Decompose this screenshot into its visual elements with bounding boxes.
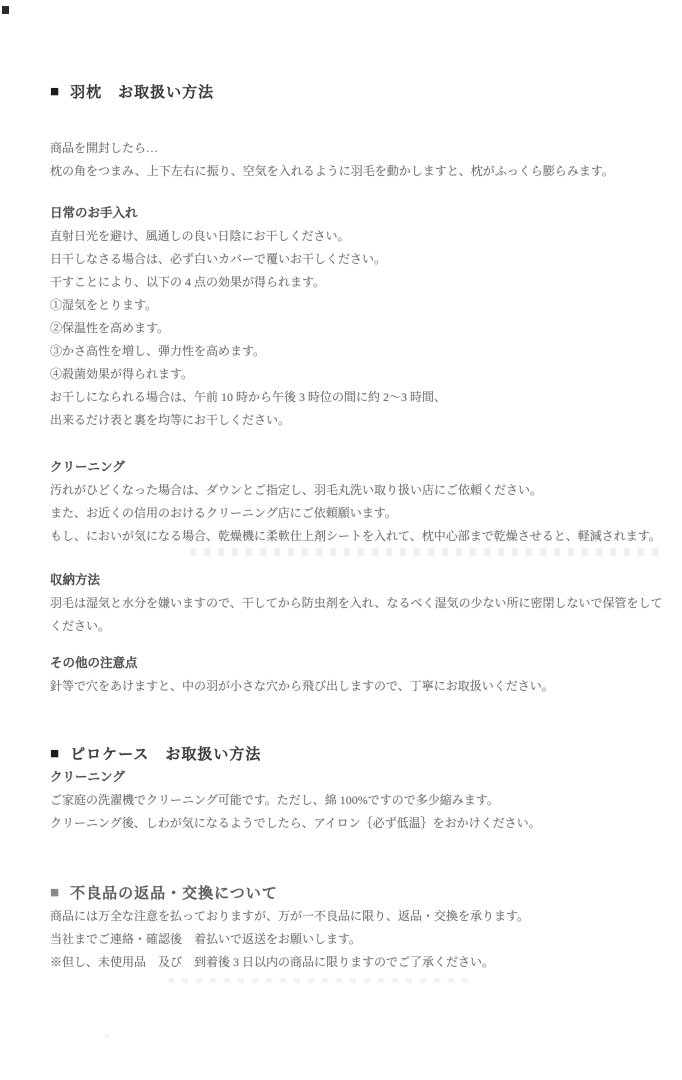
- section-title-returns: ■不良品の返品・交換について: [50, 883, 670, 905]
- scan-noise-dot: [104, 1034, 114, 1038]
- text-line: 商品には万全な注意を払っておりますが、万が一不良品に限り、返品・交換を承ります。: [50, 905, 670, 928]
- text-line: 直射日光を避け、風通しの良い日陰にお干しください。: [50, 225, 670, 248]
- scan-artifact-square: [2, 6, 9, 14]
- text-line: 羽毛は湿気と水分を嫌いますので、干してから防虫剤を入れ、なるべく湿気の少ない所に…: [50, 592, 670, 615]
- square-bullet-icon: ■: [50, 81, 60, 103]
- text-line: 干すことにより、以下の 4 点の効果が得られます。: [50, 271, 670, 294]
- text-line: もし、においが気になる場合、乾燥機に柔軟仕上剤シートを入れて、枕中心部まで乾燥さ…: [50, 525, 670, 548]
- subsection-heading: 日常のお手入れ: [50, 202, 670, 225]
- text-line: ③かさ高性を増し、弾力性を高めます。: [50, 340, 670, 363]
- document-body: ■羽枕 お取扱い方法 商品を開封したら… 枕の角をつまみ、上下左右に振り、空気を…: [50, 82, 670, 974]
- text-line: 枕の角をつまみ、上下左右に振り、空気を入れるように羽毛を動かしますと、枕がふっく…: [50, 160, 670, 183]
- intro-paragraph: 商品を開封したら… 枕の角をつまみ、上下左右に振り、空気を入れるように羽毛を動か…: [50, 137, 670, 183]
- text-line: また、お近くの信用のおけるクリーニング店にご依頼願います。: [50, 502, 670, 525]
- text-line: 商品を開封したら…: [50, 137, 670, 160]
- subsection-storage: 収納方法 羽毛は湿気と水分を嫌いますので、干してから防虫剤を入れ、なるべく湿気の…: [50, 569, 670, 638]
- section-pillowcase: ■ピロケース お取扱い方法 クリーニング ご家庭の洗濯機でクリーニング可能です。…: [50, 744, 670, 835]
- square-bullet-icon: ■: [50, 743, 60, 765]
- text-line: お干しになられる場合は、午前 10 時から午後 3 時位の間に約 2～3 時間、: [50, 386, 670, 409]
- section-returns-exchange: ■不良品の返品・交換について 商品には万全な注意を払っておりますが、万が一不良品…: [50, 883, 670, 974]
- text-line: 汚れがひどくなった場合は、ダウンとご指定し、羽毛丸洗い取り扱い店にご依頼ください…: [50, 479, 670, 502]
- subsection-other-notes: その他の注意点 針等で穴をあけますと、中の羽が小さな穴から飛び出しますので、丁寧…: [50, 652, 670, 698]
- text-line: クリーニング後、しわが気になるようでしたら、アイロン｛必ず低温｝をおかけください…: [50, 812, 670, 835]
- text-line: ご家庭の洗濯機でクリーニング可能です。ただし、綿 100%ですので多少縮みます。: [50, 789, 670, 812]
- subsection-heading: クリーニング: [50, 456, 670, 479]
- subsection-daily-care: 日常のお手入れ 直射日光を避け、風通しの良い日陰にお干しください。 日干しなさる…: [50, 202, 670, 432]
- section-title-text: 不良品の返品・交換について: [70, 886, 278, 902]
- text-line: ④殺菌効果が得られます。: [50, 363, 670, 386]
- subsection-heading: 収納方法: [50, 569, 670, 592]
- text-line: ①湿気をとります。: [50, 294, 670, 317]
- text-line: 当社までご連絡・確認後 着払いで返送をお願いします。: [50, 928, 670, 951]
- section-title-text: ピロケース お取扱い方法: [70, 747, 261, 763]
- text-line: ※但し、未使用品 及び 到着後 3 日以内の商品に限りますのでご了承ください。: [50, 951, 670, 974]
- subsection-heading: その他の注意点: [50, 652, 670, 675]
- square-bullet-icon: ■: [50, 882, 60, 904]
- text-line: 日干しなさる場合は、必ず白いカバーで覆いお干しください。: [50, 248, 670, 271]
- text-line: ②保温性を高めます。: [50, 317, 670, 340]
- section-title-pillowcase: ■ピロケース お取扱い方法: [50, 744, 670, 766]
- text-line: ください。: [50, 615, 670, 638]
- subsection-cleaning: クリーニング 汚れがひどくなった場合は、ダウンとご指定し、羽毛丸洗い取り扱い店に…: [50, 456, 670, 548]
- subsection-heading: クリーニング: [50, 766, 670, 789]
- text-line: 針等で穴をあけますと、中の羽が小さな穴から飛び出しますので、丁寧にお取扱いくださ…: [50, 675, 670, 698]
- scan-noise-band: [168, 978, 468, 983]
- section-title-feather-pillow: ■羽枕 お取扱い方法: [50, 82, 670, 104]
- text-line: 出来るだけ表と裏を均等にお干しください。: [50, 409, 670, 432]
- section-title-text: 羽枕 お取扱い方法: [70, 85, 214, 101]
- scanned-document-page: ■羽枕 お取扱い方法 商品を開封したら… 枕の角をつまみ、上下左右に振り、空気を…: [0, 0, 682, 1080]
